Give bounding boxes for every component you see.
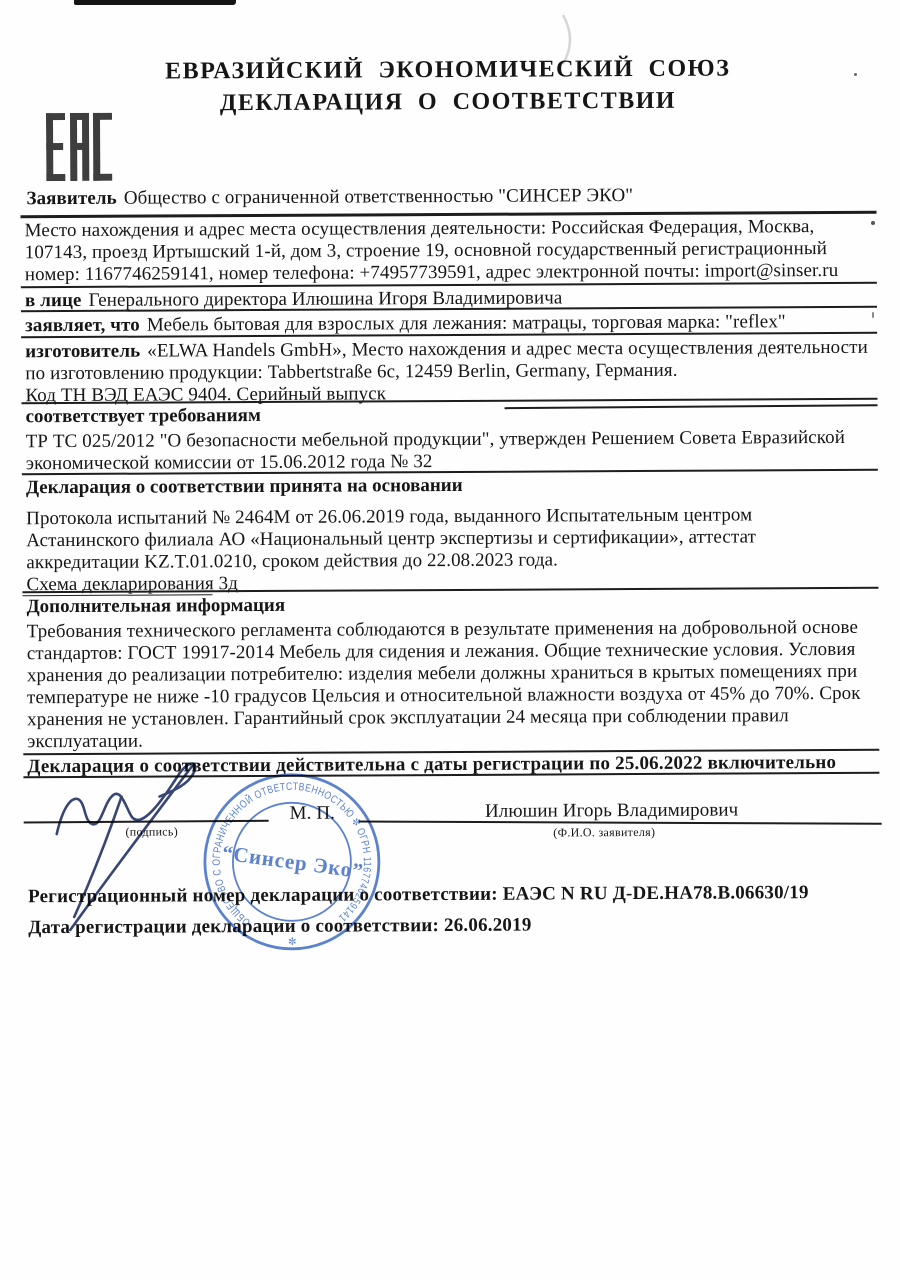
applicant-label: Заявитель [26,188,116,209]
document-title: ЕВРАЗИЙСКИЙ ЭКОНОМИЧЕСКИЙ СОЮЗ ДЕКЛАРАЦИ… [3,52,893,121]
conforms-heading: соответствует требованиям [26,405,261,428]
basis-heading: Декларация о соответствии принята на осн… [26,475,463,499]
document-content: ЕВРАЗИЙСКИЙ ЭКОНОМИЧЕСКИЙ СОЮЗ ДЕКЛАРАЦИ… [0,0,900,1280]
additional-info-heading: Дополнительная информация [26,595,285,618]
company-stamp: ОБЩЕСТВО С ОГРАНИЧЕННОЙ ОТВЕТСТВЕННОСТЬЮ… [200,770,383,953]
manufacturer-label: изготовитель [25,341,140,363]
stamp-center-text: “Синсер Эко” [221,840,365,883]
represented-label: в лице [25,290,82,311]
manufacturer-block: изготовитель«ELWA Handels GmbH», Место н… [25,337,887,408]
additional-line: хранения не установлен. Гарантийный срок… [27,705,891,732]
title-union: ЕВРАЗИЙСКИЙ ЭКОНОМИЧЕСКИЙ СОЮЗ [3,52,893,89]
basis-block: Протокола испытаний № 2464М от 26.06.201… [26,504,888,597]
technical-regulation-block: ТР ТС 025/2012 "О безопасности мебельной… [26,427,888,476]
applicant-name: Илюшин Игорь Владимирович [457,799,767,823]
title-declaration: ДЕКЛАРАЦИЯ О СООТВЕТСТВИИ [3,84,893,121]
applicant-value: Общество с ограниченной ответственностью… [124,185,633,209]
scanned-declaration-page: ЕВРАЗИЙСКИЙ ЭКОНОМИЧЕСКИЙ СОЮЗ ДЕКЛАРАЦИ… [0,0,900,1280]
address-block: Место нахождения и адрес места осуществл… [25,216,885,287]
divider-ghost [505,404,878,409]
manufacturer-value: «ELWA Handels GmbH», Место нахождения и … [147,337,868,362]
stamp-bottom-mark: ✼ [288,937,296,948]
eac-mark-icon [46,113,112,181]
manufacturer-line: изготовитель«ELWA Handels GmbH», Место н… [25,337,887,364]
tr-line: ТР ТС 025/2012 "О безопасности мебельной… [26,427,888,454]
handwritten-signature [41,749,212,940]
name-caption: (Ф.И.О. заявителя) [522,825,687,841]
additional-info-block: Требования технического регламента соблю… [27,617,892,754]
declares-label: заявляет, что [25,315,140,337]
applicant-row: ЗаявительОбщество с ограниченной ответст… [26,184,876,210]
